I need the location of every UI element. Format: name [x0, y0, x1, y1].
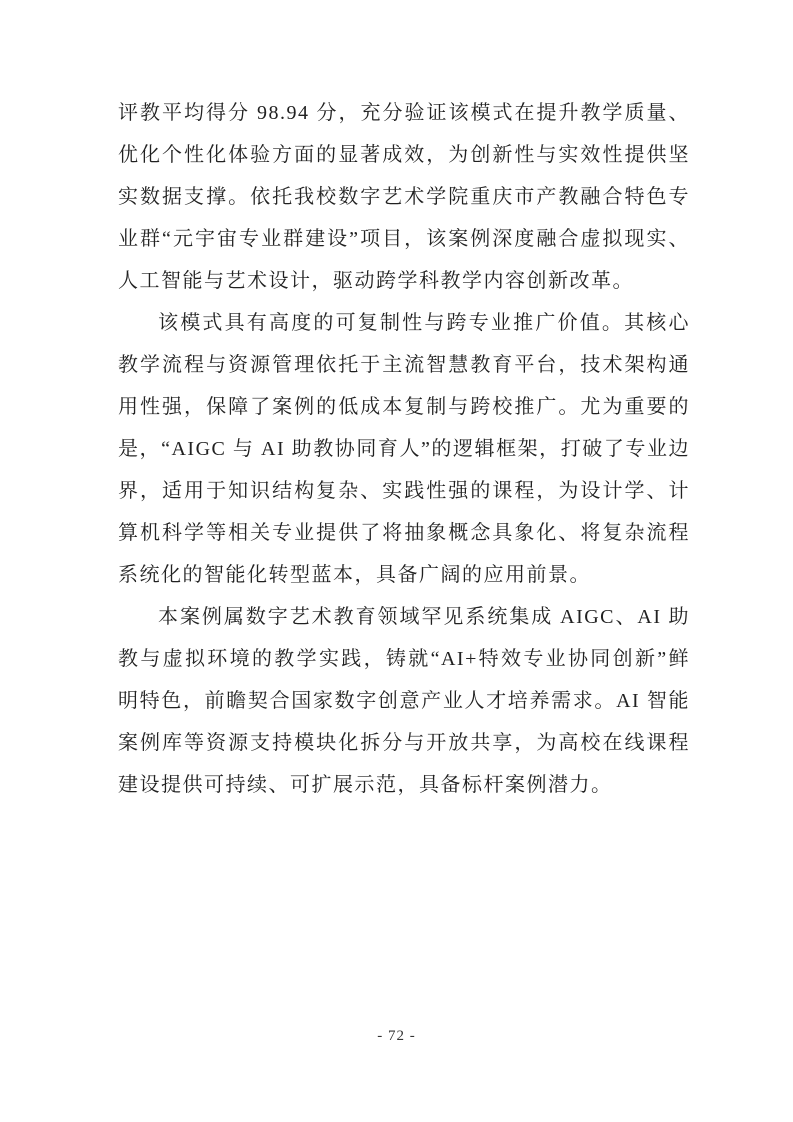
page-number: - 72 -	[0, 1028, 793, 1045]
paragraph-summary: 本案例属数字艺术教育领域罕见系统集成 AIGC、AI 助教与虚拟环境的教学实践，…	[118, 596, 690, 806]
paragraph-replicability: 该模式具有高度的可复制性与跨专业推广价值。其核心教学流程与资源管理依托于主流智慧…	[118, 302, 690, 596]
paragraph-continuation: 评教平均得分 98.94 分，充分验证该模式在提升教学质量、优化个性化体验方面的…	[118, 92, 690, 302]
document-body: 评教平均得分 98.94 分，充分验证该模式在提升教学质量、优化个性化体验方面的…	[118, 92, 690, 806]
document-page: 评教平均得分 98.94 分，充分验证该模式在提升教学质量、优化个性化体验方面的…	[0, 0, 793, 1122]
